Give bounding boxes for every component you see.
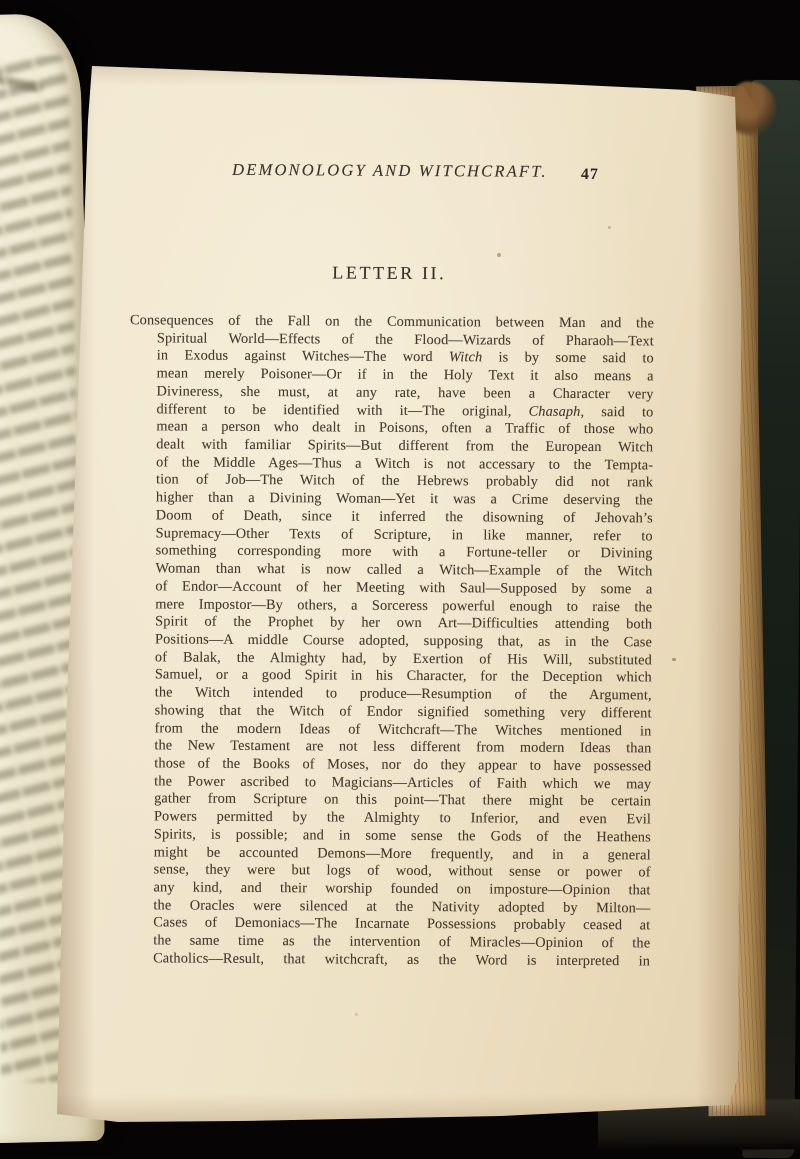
page-content: DEMONOLOGY AND WITCHCRAFT. 47 LETTER II.…	[49, 58, 748, 1132]
book-photo: DEMONOLOGY AND WITCHCRAFT. 47 LETTER II.…	[0, 0, 800, 1159]
summary-line: Catholics—Result, that witchcraft, as th…	[126, 950, 650, 971]
chapter-summary: Consequences of the Fall on the Communic…	[126, 312, 654, 971]
page-number: 47	[560, 166, 620, 184]
book-page: DEMONOLOGY AND WITCHCRAFT. 47 LETTER II.…	[55, 58, 747, 1128]
chapter-title: LETTER II.	[124, 261, 654, 285]
